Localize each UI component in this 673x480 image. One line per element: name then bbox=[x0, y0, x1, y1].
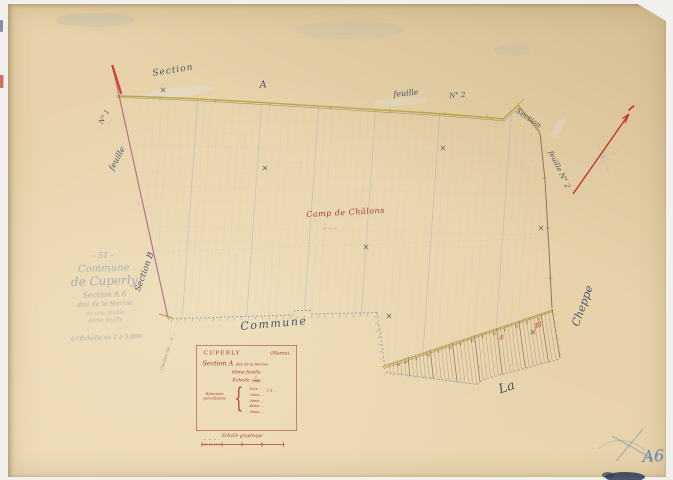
margin-notes: - 51 - Commune de Cuperly Section A 6 di… bbox=[28, 249, 181, 344]
cartouche-reunions-2: parcellaires bbox=[203, 396, 226, 401]
cartouche-section: Section A bbox=[202, 360, 233, 368]
cartouche-range-note: 1 à … bbox=[267, 389, 277, 416]
echelle-denominator: 2000 bbox=[252, 380, 261, 384]
cartouche-section-note: dite de la Marine bbox=[236, 362, 269, 367]
cartouche-commune: CUPERLY bbox=[204, 350, 241, 356]
cartouche-dept: (Marne) bbox=[270, 350, 289, 355]
map-canvas: Section A feuille N° 2 Section feuille N… bbox=[0, 0, 673, 480]
cartouche-item: 5ème … bbox=[250, 409, 265, 415]
north-arrow bbox=[573, 106, 634, 195]
cartouche-item: 2ème … bbox=[250, 392, 265, 398]
cartouche-brace: { bbox=[234, 387, 242, 415]
graphic-scale-bar bbox=[202, 440, 284, 447]
graphic-scale-label: Échelle graphique bbox=[222, 433, 263, 438]
label-camp-sub: — — — bbox=[323, 226, 338, 230]
title-cartouche: CUPERLY (Marne) Section A dite de la Mar… bbox=[196, 345, 297, 431]
label-no2-top: N° 2 bbox=[449, 92, 466, 100]
label-letter-a-top: A bbox=[259, 80, 267, 91]
map-linework bbox=[0, 0, 673, 480]
corner-sheet-mark: A6 bbox=[642, 448, 665, 465]
cartouche-feuille: 6ème feuille bbox=[197, 369, 297, 374]
